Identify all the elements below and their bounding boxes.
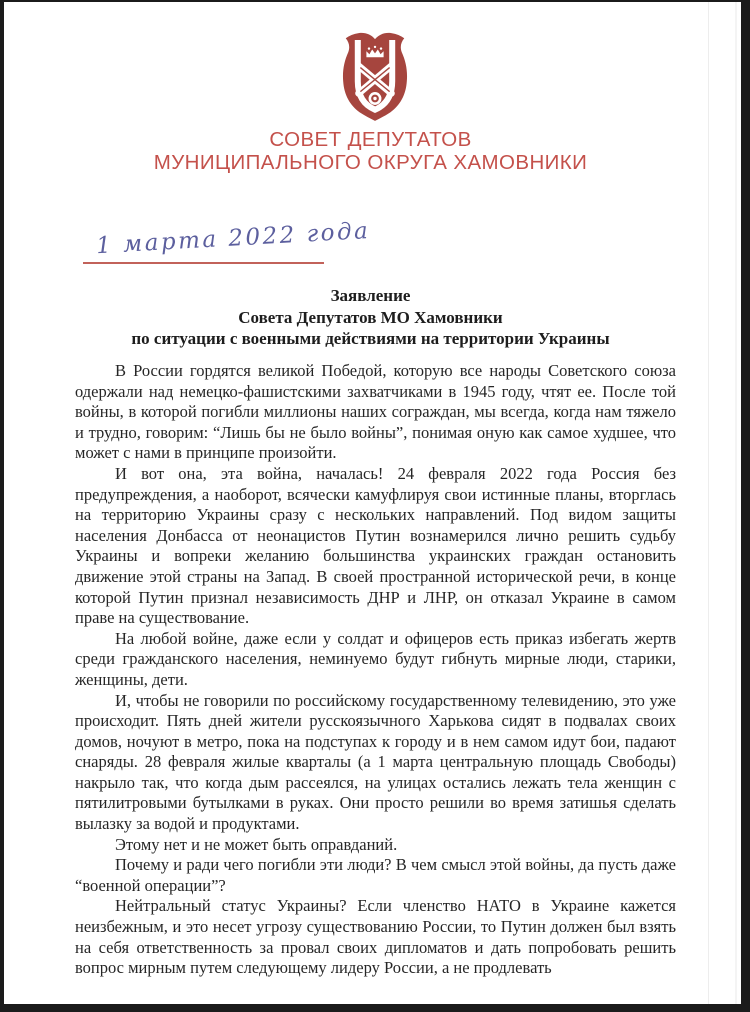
org-name-line1: СОВЕТ ДЕПУТАТОВ: [0, 128, 741, 151]
khamovniki-coat-of-arms-icon: [332, 31, 418, 128]
paragraph: Этому нет и не может быть оправданий.: [75, 835, 676, 856]
document-body: В России гордятся великой Победой, котор…: [75, 361, 676, 979]
org-name-line2: МУНИЦИПАЛЬНОГО ОКРУГА ХАМОВНИКИ: [0, 151, 741, 174]
document-title: Заявление Совета Депутатов МО Хамовники …: [0, 285, 741, 350]
handwritten-date: 1 марта 2022 года: [82, 221, 324, 260]
document-title-line3: по ситуации с военными действиями на тер…: [0, 328, 741, 350]
document-title-line1: Заявление: [0, 285, 741, 307]
paragraph: И вот она, эта война, началась! 24 февра…: [75, 464, 676, 629]
handwritten-date-block: 1 марта 2022 года: [83, 234, 324, 264]
paragraph: И, чтобы не говорили по российскому госу…: [75, 691, 676, 835]
org-name: СОВЕТ ДЕПУТАТОВ МУНИЦИПАЛЬНОГО ОКРУГА ХА…: [0, 128, 741, 174]
paragraph: Нейтральный статус Украины? Если членств…: [75, 896, 676, 978]
date-underline: [83, 262, 324, 264]
paragraph: В России гордятся великой Победой, котор…: [75, 361, 676, 464]
paragraph: На любой войне, даже если у солдат и офи…: [75, 629, 676, 691]
paragraph: Почему и ради чего погибли эти люди? В ч…: [75, 855, 676, 896]
document-title-line2: Совета Депутатов МО Хамовники: [0, 307, 741, 329]
document-photo: { "header": { "emblem_icon": "khamovniki…: [0, 0, 750, 1012]
